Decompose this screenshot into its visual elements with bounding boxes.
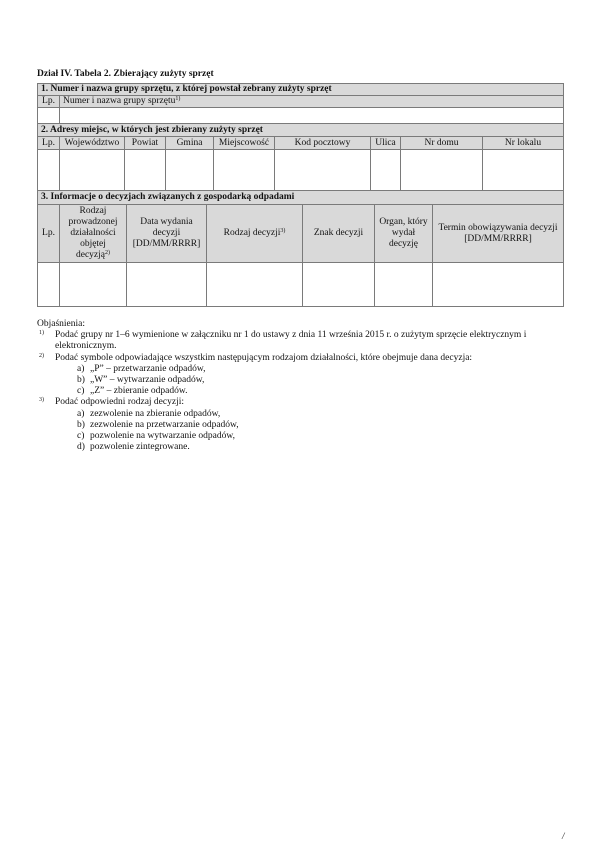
notes-list: 1)Podać grupy nr 1–6 wymienione w załącz… — [37, 330, 567, 453]
note-sub-item: a)zezwolenie na zbieranie odpadów, — [37, 409, 567, 420]
note-sub-item: a)„P” – przetwarzanie odpadów, — [37, 364, 567, 375]
section2-input-cell[interactable] — [60, 150, 125, 191]
note-mark: 1) — [39, 328, 44, 339]
section2-input-cell[interactable] — [483, 150, 564, 191]
section2-input-cell[interactable] — [125, 150, 166, 191]
note-sub-item: b)zezwolenie na przetwarzanie odpadów, — [37, 420, 567, 431]
note-sub-text: „W” – wytwarzanie odpadów, — [90, 375, 204, 385]
notes: Objaśnienia: 1)Podać grupy nr 1–6 wymien… — [37, 319, 567, 453]
note-sub-item: c)„Z” – zbieranie odpadów. — [37, 386, 567, 397]
section2-input-cell[interactable] — [166, 150, 214, 191]
section2-col-header: Gmina — [166, 137, 214, 150]
note-sub-item: d)pozwolenie zintegrowane. — [37, 442, 567, 453]
note-sub-item: b)„W” – wytwarzanie odpadów, — [37, 375, 567, 386]
section1-heading: 1. Numer i nazwa grupy sprzętu, z której… — [38, 84, 564, 96]
section3-col-activity: Rodzaj prowadzonej działalności objętej … — [60, 205, 127, 263]
section2-input-cell[interactable] — [401, 150, 483, 191]
section1-lp-cell[interactable] — [38, 108, 60, 124]
note-sub-letter: d) — [77, 442, 90, 453]
footnote-ref: 2) — [105, 250, 110, 256]
note-item: 2)Podać symbole odpowiadające wszystkim … — [37, 353, 567, 364]
section1-col-name: Numer i nazwa grupy sprzętu1) — [60, 96, 564, 108]
section3-date-cell[interactable] — [127, 263, 207, 307]
note-text: Podać grupy nr 1–6 wymienione w załączni… — [55, 330, 526, 351]
section1-col-lp: Lp. — [38, 96, 60, 108]
footnote-ref: 1) — [175, 96, 180, 102]
section2-heading: 2. Adresy miejsc, w których jest zbieran… — [38, 124, 564, 137]
note-sub-text: zezwolenie na przetwarzanie odpadów, — [90, 420, 239, 430]
section1-table: 1. Numer i nazwa grupy sprzętu, z której… — [37, 83, 564, 124]
note-sub-item: c)pozwolenie na wytwarzanie odpadów, — [37, 431, 567, 442]
note-sub-letter: a) — [77, 409, 90, 420]
section3-lp-cell[interactable] — [38, 263, 60, 307]
section2-input-cell[interactable] — [38, 150, 60, 191]
section3-type-cell[interactable] — [207, 263, 303, 307]
section2-col-header: Miejscowość — [214, 137, 275, 150]
section3-term-cell[interactable] — [433, 263, 564, 307]
note-item: 1)Podać grupy nr 1–6 wymienione w załącz… — [37, 330, 567, 352]
note-sub-text: pozwolenie zintegrowane. — [90, 442, 190, 452]
note-sub-letter: b) — [77, 375, 90, 386]
section3-activity-cell[interactable] — [60, 263, 127, 307]
section3-col-sign: Znak decyzji — [303, 205, 375, 263]
section2-col-header: Powiat — [125, 137, 166, 150]
note-sub-text: „Z” – zbieranie odpadów. — [90, 386, 188, 396]
note-text: Podać odpowiedni rodzaj decyzji: — [55, 397, 184, 407]
note-text: Podać symbole odpowiadające wszystkim na… — [55, 353, 472, 363]
page-number: / — [562, 831, 565, 841]
section2-col-header: Lp. — [38, 137, 60, 150]
section3-col-date: Data wydania decyzji [DD/MM/RRRR] — [127, 205, 207, 263]
section3-organ-cell[interactable] — [375, 263, 433, 307]
note-sub-text: zezwolenie na zbieranie odpadów, — [90, 409, 220, 419]
section3-col-term: Termin obowiązywania decyzji [DD/MM/RRRR… — [433, 205, 564, 263]
section2-col-header: Kod pocztowy — [275, 137, 371, 150]
section2-input-cell[interactable] — [275, 150, 371, 191]
section2-col-header: Województwo — [60, 137, 125, 150]
note-sub-text: pozwolenie na wytwarzanie odpadów, — [90, 431, 235, 441]
note-sub-letter: c) — [77, 386, 90, 397]
section2-col-header: Nr domu — [401, 137, 483, 150]
page-title: Dział IV. Tabela 2. Zbierający zużyty sp… — [37, 69, 214, 79]
note-sub-letter: c) — [77, 431, 90, 442]
section2-col-header: Ulica — [371, 137, 401, 150]
section2-table: 2. Adresy miejsc, w których jest zbieran… — [37, 123, 564, 191]
notes-heading: Objaśnienia: — [37, 319, 567, 330]
section1-name-cell[interactable] — [60, 108, 564, 124]
note-sub-letter: b) — [77, 420, 90, 431]
section3-col-lp: Lp. — [38, 205, 60, 263]
section3-col-organ: Organ, który wydał decyzję — [375, 205, 433, 263]
note-sub-letter: a) — [77, 364, 90, 375]
section2-col-header: Nr lokalu — [483, 137, 564, 150]
section2-input-cell[interactable] — [371, 150, 401, 191]
section2-input-cell[interactable] — [214, 150, 275, 191]
section3-col-type: Rodzaj decyzji3) — [207, 205, 303, 263]
section3-table: 3. Informacje o decyzjach związanych z g… — [37, 190, 564, 307]
note-item: 3)Podać odpowiedni rodzaj decyzji: — [37, 397, 567, 408]
note-mark: 3) — [39, 395, 44, 406]
section3-sign-cell[interactable] — [303, 263, 375, 307]
section3-heading: 3. Informacje o decyzjach związanych z g… — [38, 191, 564, 205]
footnote-ref: 3) — [280, 228, 285, 234]
note-sub-text: „P” – przetwarzanie odpadów, — [90, 364, 205, 374]
note-mark: 2) — [39, 351, 44, 362]
